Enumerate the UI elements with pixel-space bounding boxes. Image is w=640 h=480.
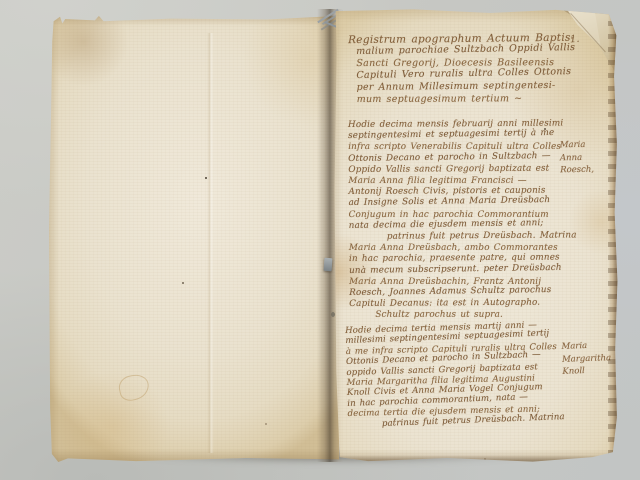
text-line: Maria Anna Dreüsbach, ambo Commorantes	[349, 243, 577, 254]
text-line: patrinus fuit petrus Dreüsbach. Matrina	[387, 230, 577, 243]
text-line: Oppido Vallis sancti Gregorij baptizata …	[348, 163, 576, 176]
margin-note-knoll: MariaMargarithaKnoll	[561, 339, 611, 378]
fold-crease	[207, 33, 214, 453]
margin-line: Knoll	[562, 364, 612, 378]
text-line: septingentesimi et septuagesimi tertij à…	[348, 128, 576, 143]
paper-texture	[49, 15, 339, 462]
register-heading: Registrum apographum Actuum Baptis-maliu…	[356, 32, 576, 106]
text-line: Capituli Decanus: ita est in Autographo.	[349, 298, 577, 311]
text-line: ad Insigne Solis et Anna Maria Dreüsbach	[349, 195, 577, 210]
ink-specks	[205, 177, 207, 179]
text-line: mum septuagesimum tertium ~	[357, 93, 576, 106]
scanned-document: 1. Registrum apographum Actuum Baptis-ma…	[0, 0, 640, 480]
paper-stain	[117, 372, 152, 403]
text-line: Maria Anna filia legitima Francisci —	[348, 176, 576, 187]
margin-line: Roesch,	[560, 164, 594, 177]
left-page-blank	[49, 15, 339, 462]
margin-line: Anna	[560, 151, 594, 164]
margin-line: Margaritha	[562, 352, 612, 366]
baptism-entry-2: Hodie decima tertia mensis martij anni —…	[345, 320, 565, 430]
ink-specks	[544, 128, 546, 130]
stitch-hole	[331, 312, 335, 317]
binding-staple	[324, 258, 333, 272]
text-line: per Annum Millesimum septingentesi-	[357, 80, 576, 94]
margin-line: Maria	[560, 139, 594, 152]
deckled-page-edge	[608, 8, 618, 463]
right-page-written: 1. Registrum apographum Actuum Baptis-ma…	[334, 8, 618, 463]
baptism-entry-1: Hodie decima mensis februarij anni mille…	[348, 118, 577, 321]
margin-note-roesch: MariaAnnaRoesch,	[560, 139, 595, 177]
